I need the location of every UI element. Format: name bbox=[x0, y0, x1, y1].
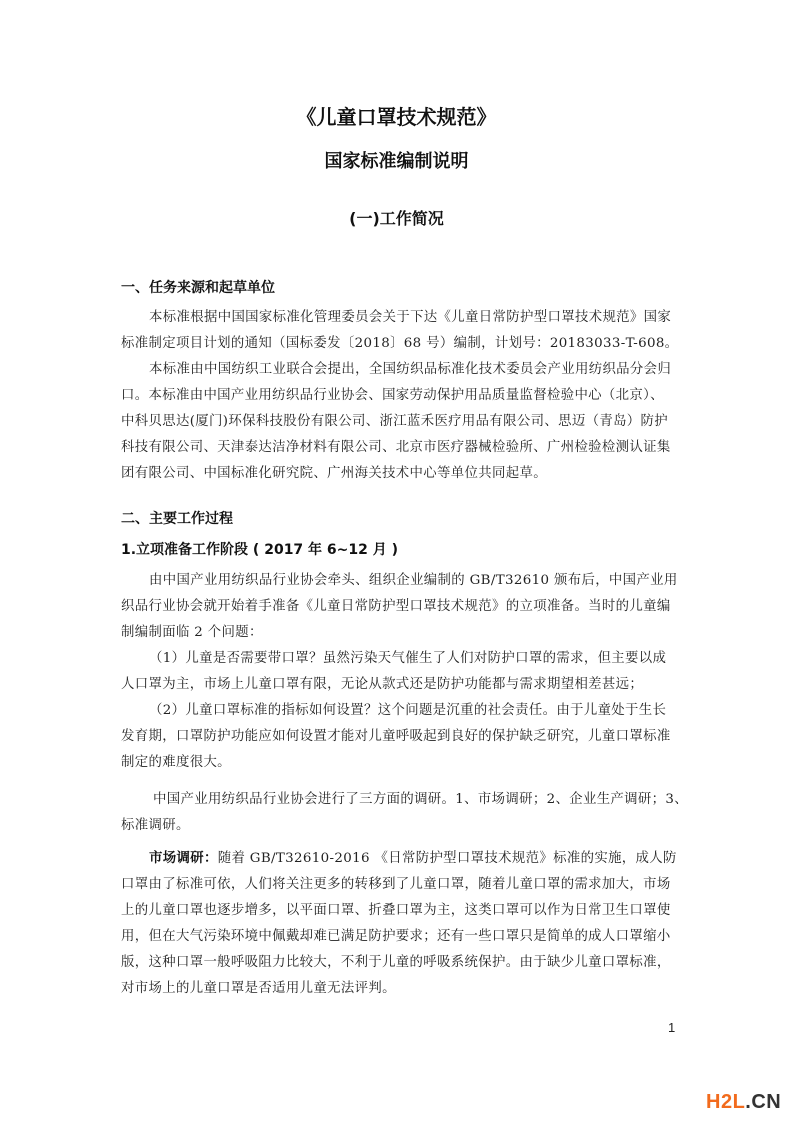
paragraph-line: 人口罩为主，市场上儿童口罩有限，无论从款式还是防护功能都与需求期望相差甚远； bbox=[121, 673, 677, 692]
paragraph-line: 口。本标准由中国产业用纺织品行业协会、国家劳动保护用品质量监督检验中心（北京）、 bbox=[121, 384, 677, 403]
document-title: 《儿童口罩技术规范》 bbox=[0, 101, 793, 130]
section-heading: 一、任务来源和起草单位 bbox=[121, 277, 275, 297]
watermark-logo: H2L.CN bbox=[706, 1091, 781, 1114]
paragraph-line: 标准调研。 bbox=[121, 814, 677, 833]
page-number: 1 bbox=[668, 1020, 675, 1035]
document-page: 《儿童口罩技术规范》 国家标准编制说明 (一)工作简况 一、任务来源和起草单位 … bbox=[0, 0, 793, 1122]
paragraph-line: 织品行业协会就开始着手准备《儿童日常防护型口罩技术规范》的立项准备。当时的儿童编 bbox=[121, 595, 677, 614]
lead-label: 市场调研： bbox=[149, 851, 218, 866]
paragraph-line: 口罩由了标准可依，人们将关注更多的转移到了儿童口罩，随着儿童口罩的需求加大，市场 bbox=[121, 873, 677, 892]
document-subtitle: 国家标准编制说明 bbox=[0, 147, 793, 173]
watermark-part-h2l: H2L bbox=[706, 1091, 745, 1113]
paragraph-line: 制编制面临 2 个问题： bbox=[121, 621, 677, 640]
paragraph-line: 本标准由中国纺织工业联合会提出，全国纺织品标准化技术委员会产业用纺织品分会归 bbox=[149, 358, 677, 377]
paragraph-line: 本标准根据中国国家标准化管理委员会关于下达《儿童日常防护型口罩技术规范》国家 bbox=[149, 306, 677, 325]
paragraph-line: （1）儿童是否需要带口罩？虽然污染天气催生了人们对防护口罩的需求，但主要以成 bbox=[149, 647, 677, 666]
paragraph-line: 由中国产业用纺织品行业协会牵头、组织企业编制的 GB/T32610 颁布后，中国… bbox=[149, 569, 677, 588]
paragraph-line: 中科贝思达(厦门)环保科技股份有限公司、浙江蓝禾医疗用品有限公司、思迈（青岛）防… bbox=[121, 410, 677, 429]
paragraph-line: 对市场上的儿童口罩是否适用儿童无法评判。 bbox=[121, 977, 677, 996]
paragraph-line-with-lead: 市场调研：随着 GB/T32610-2016 《日常防护型口罩技术规范》标准的实… bbox=[149, 847, 677, 866]
paragraph-line: 中国产业用纺织品行业协会进行了三方面的调研。1、市场调研；2、企业生产调研；3、 bbox=[153, 788, 681, 807]
paragraph-line: 标准制定项目计划的通知（国标委发〔2018〕68 号）编制，计划号：201830… bbox=[121, 332, 677, 351]
paragraph-line: 用，但在大气污染环境中佩戴却难已满足防护要求；还有一些口罩只是简单的成人口罩缩小 bbox=[121, 925, 677, 944]
paragraph-line: （2）儿童口罩标准的指标如何设置？这个问题是沉重的社会责任。由于儿童处于生长 bbox=[149, 699, 677, 718]
paragraph-line: 制定的难度很大。 bbox=[121, 751, 677, 770]
paragraph-line: 上的儿童口罩也逐步增多，以平面口罩、折叠口罩为主，这类口罩可以作为日常卫生口罩使 bbox=[121, 899, 677, 918]
part-heading: (一)工作简况 bbox=[0, 206, 793, 229]
watermark-part-cn: .CN bbox=[745, 1091, 781, 1113]
paragraph-line: 版，这种口罩一般呼吸阻力比较大，不利于儿童的呼吸系统保护。由于缺少儿童口罩标准， bbox=[121, 951, 677, 970]
paragraph-line: 团有限公司、中国标准化研究院、广州海关技术中心等单位共同起草。 bbox=[121, 462, 677, 481]
subsection-heading: 1.立项准备工作阶段 ( 2017 年 6~12 月 ) bbox=[121, 539, 398, 559]
section-heading: 二、主要工作过程 bbox=[121, 508, 233, 528]
lead-line-text: 随着 GB/T32610-2016 《日常防护型口罩技术规范》标准的实施，成人防… bbox=[218, 851, 677, 866]
paragraph-line: 发育期，口罩防护功能应如何设置才能对儿童呼吸起到良好的保护缺乏研究，儿童口罩标准 bbox=[121, 725, 677, 744]
paragraph-line: 科技有限公司、天津泰达洁净材料有限公司、北京市医疗器械检验所、广州检验检测认证集 bbox=[121, 436, 677, 455]
